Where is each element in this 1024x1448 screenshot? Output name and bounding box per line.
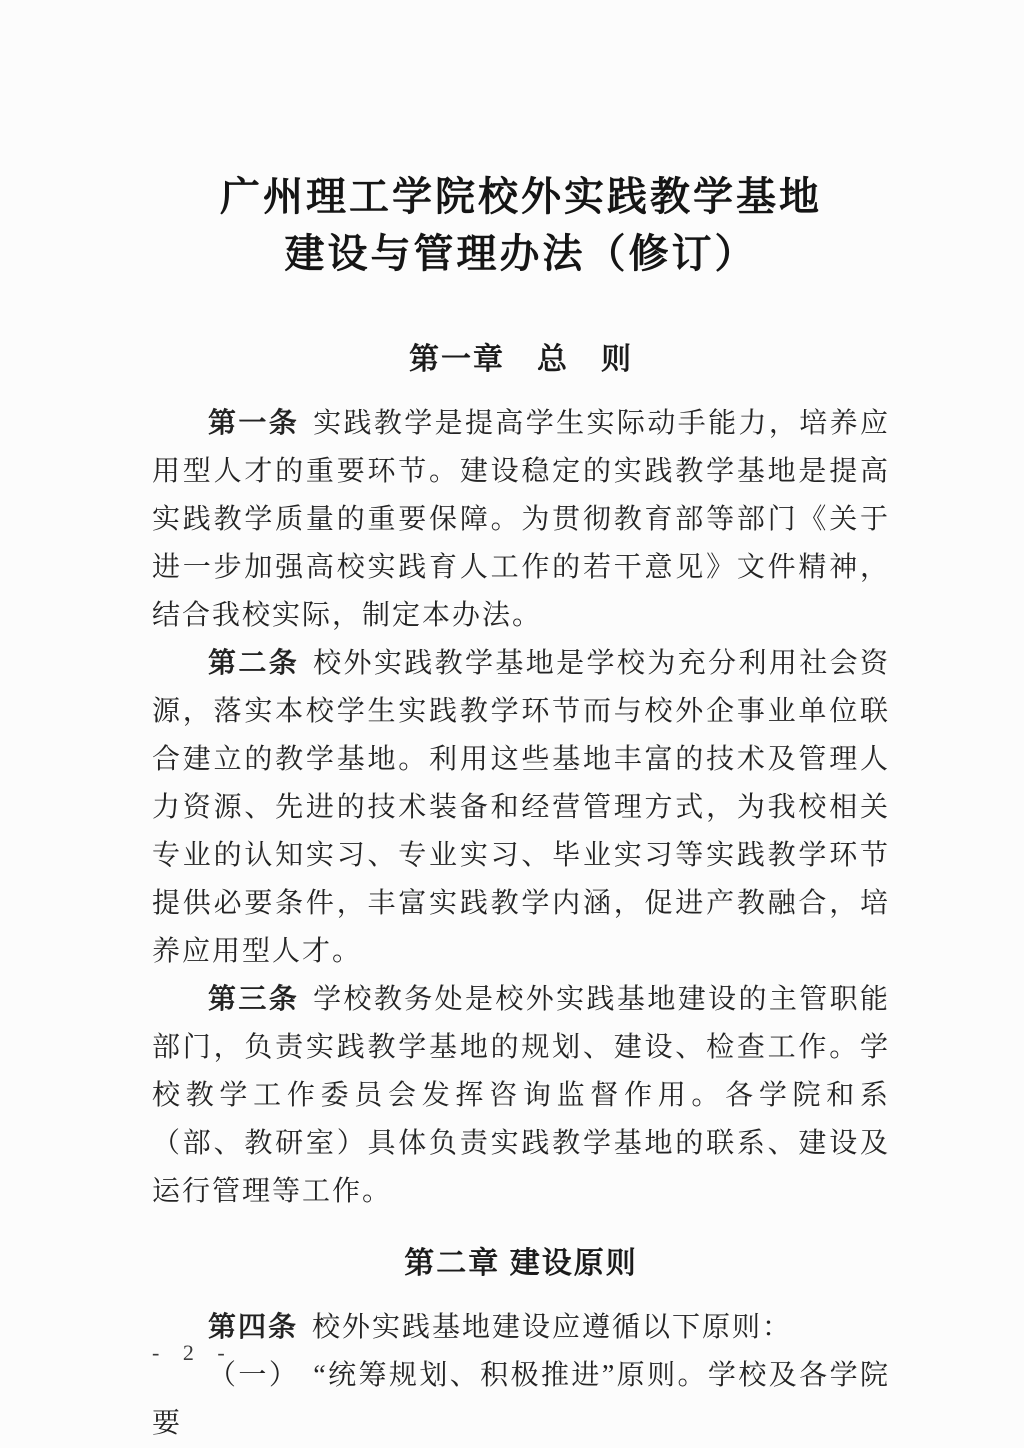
document-page: 广州理工学院校外实践教学基地 建设与管理办法（修订） 第一章 总 则 第一条实践… [0,0,1024,1448]
article-2-text: 校外实践教学基地是学校为充分利用社会资源，落实本校学生实践教学环节而与校外企事业… [152,648,890,967]
article-4-label: 第四条 [208,1312,298,1343]
article-3-label: 第三条 [208,984,299,1015]
article-3-paragraph: 第三条学校教务处是校外实践基地建设的主管职能部门，负责实践教学基地的规划、建设、… [152,976,890,1216]
article-1-text: 实践教学是提高学生实际动手能力，培养应用型人才的重要环节。建设稳定的实践教学基地… [152,408,890,631]
article-1-label: 第一条 [208,408,299,439]
document-title-line-2: 建设与管理办法（修订） [152,225,890,282]
document-title-line-1: 广州理工学院校外实践教学基地 [152,168,890,225]
page-number: - 2 - [152,1340,234,1366]
article-1-paragraph: 第一条实践教学是提高学生实际动手能力，培养应用型人才的重要环节。建设稳定的实践教… [152,400,890,640]
article-2-label: 第二条 [208,648,299,679]
document-title: 广州理工学院校外实践教学基地 建设与管理办法（修订） [152,168,890,282]
clause-1-paragraph: （一）“统筹规划、积极推进”原则。学校及各学院要 [152,1352,890,1448]
article-4-text: 校外实践基地建设应遵循以下原则： [312,1312,792,1343]
chapter-2-heading: 第二章 建设原则 [152,1242,890,1286]
chapter-1-heading: 第一章 总 则 [152,338,890,382]
article-4-paragraph: 第四条校外实践基地建设应遵循以下原则： [152,1304,890,1352]
article-3-text: 学校教务处是校外实践基地建设的主管职能部门，负责实践教学基地的规划、建设、检查工… [152,984,890,1207]
article-2-paragraph: 第二条校外实践教学基地是学校为充分利用社会资源，落实本校学生实践教学环节而与校外… [152,640,890,976]
